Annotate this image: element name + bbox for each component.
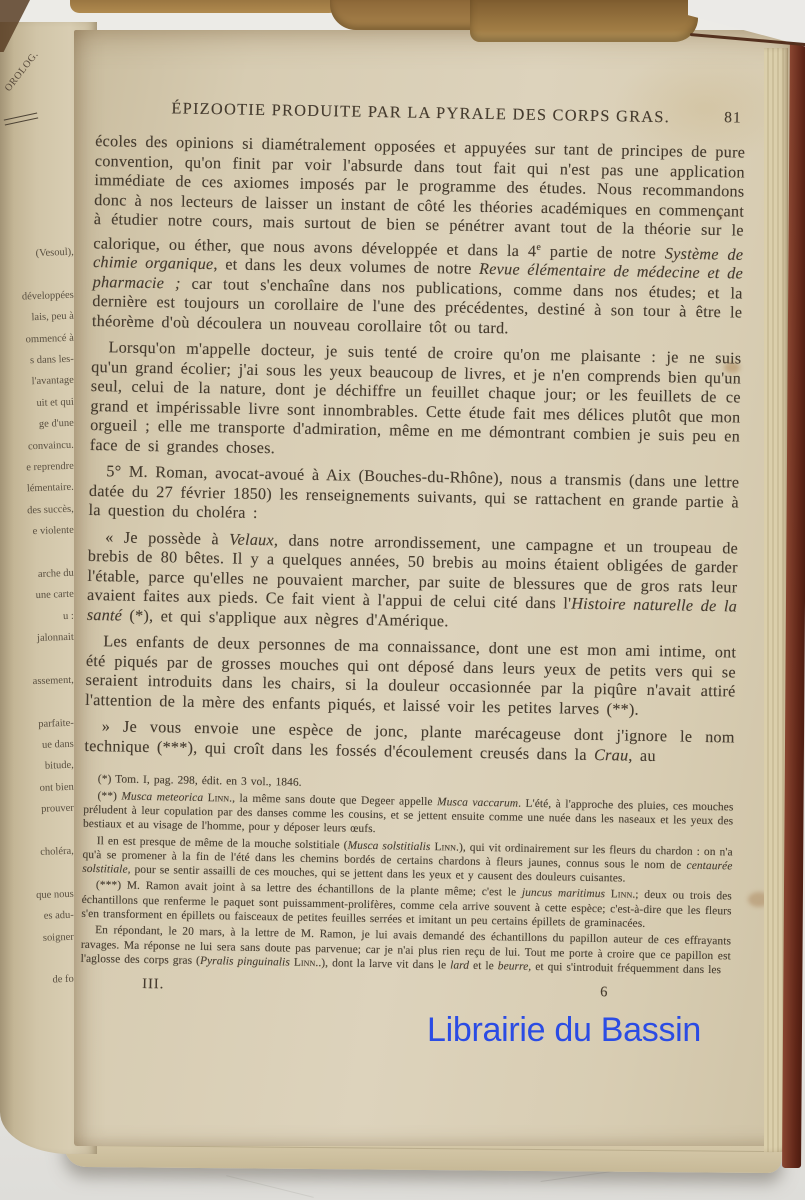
body-paragraph: » Je vous envoie une espèce de jonc, pla… (84, 717, 735, 768)
fragment-line: ue dans (2, 739, 75, 763)
fragment-line: une carte (2, 589, 75, 613)
fragment-line: soigner (2, 931, 75, 955)
page-number: 81 (724, 109, 742, 127)
fragment-line: de fo (2, 974, 75, 998)
fragment-line (2, 653, 75, 677)
tattered-top-edge (70, 0, 342, 13)
body-paragraph: écoles des opinions si diamétralement op… (92, 132, 745, 343)
fragment-line: des succès, (2, 503, 75, 527)
fragment-line: lémentaire. (2, 482, 75, 506)
fragment-line: es adu- (2, 910, 75, 934)
fragment-line: que nous (2, 888, 75, 912)
fragment-line: développées (2, 290, 75, 314)
body-paragraph: Lorsqu'on m'appelle docteur, je suis ten… (90, 338, 742, 467)
fragment-line: ge d'une (2, 418, 75, 442)
fragment-line: s dans les- (2, 354, 75, 378)
body-text: écoles des opinions si diamétralement op… (84, 132, 745, 768)
backdrop-scratch (226, 1175, 314, 1198)
footnote-paragraph: En répondant, le 20 mars, à la lettre de… (81, 923, 732, 977)
fragment-line: l'avantage (2, 375, 75, 399)
body-paragraph: 5° M. Roman, avocat-avoué à Aix (Bouches… (88, 462, 739, 532)
tattered-top-edge (470, 0, 698, 42)
tattered-top-edge (330, 0, 492, 30)
signature-sheet-number: 6 (600, 984, 608, 1001)
body-paragraph: « Je possède à Velaux, dans notre arrond… (87, 528, 739, 637)
body-paragraph: Les enfants de deux personnes de ma conn… (85, 632, 736, 722)
fragment-line: parfaite- (2, 717, 75, 741)
fragment-line: lais, peu à (2, 311, 75, 335)
fragment-line: u : (2, 610, 75, 634)
fragment-line: choléra, (2, 846, 75, 870)
fragment-line: (Vesoul), (2, 247, 75, 271)
fragment-line (2, 268, 75, 292)
fragment-line: uit et qui (2, 396, 75, 420)
fragment-line (2, 867, 75, 891)
fragment-line: bitude, (2, 760, 75, 784)
signature-volume: III. (142, 976, 164, 993)
fragment-line: ont bien (2, 782, 75, 806)
fragment-line: arche du (2, 568, 75, 592)
fragment-line (2, 824, 75, 848)
fragment-line: assement, (2, 675, 75, 699)
fragment-line: e reprendre (2, 461, 75, 485)
fragment-line: prouver (2, 803, 75, 827)
fragment-line (2, 953, 75, 977)
fragment-line: convaincu. (2, 439, 75, 463)
footnotes: (*) Tom. I, pag. 298, édit. en 3 vol., 1… (81, 772, 734, 977)
book-photo: OROLOG. (Vesoul),développéeslais, peu ào… (0, 0, 805, 1200)
watermark: Librairie du Bassin (427, 1011, 701, 1050)
fragment-line: ommencé à (2, 332, 75, 356)
printed-page-text: ÉPIZOOTIE PRODUITE PAR LA PYRALE DES COR… (80, 97, 746, 1007)
fragment-line (2, 696, 75, 720)
facing-page-text-fragments: (Vesoul),développéeslais, peu àommencé à… (2, 248, 74, 997)
fragment-line (2, 546, 75, 570)
